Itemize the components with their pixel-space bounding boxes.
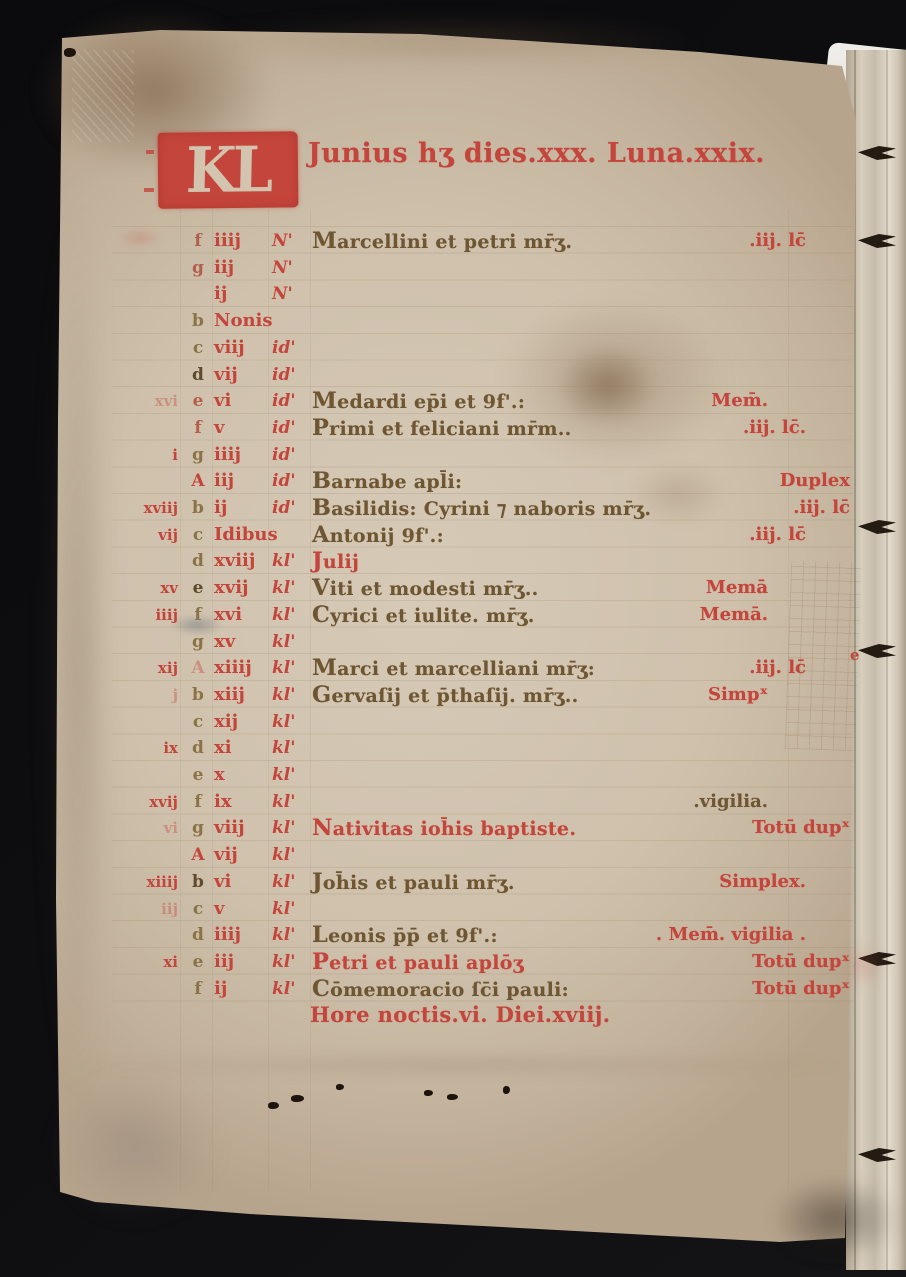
dominical-letter: c bbox=[184, 896, 212, 922]
day-numeral: xij bbox=[214, 709, 268, 735]
calendar-row: igiiijid' bbox=[0, 442, 906, 469]
day-numeral: iiij bbox=[214, 922, 268, 948]
feast-grade: Totū dupˣ bbox=[752, 949, 850, 975]
calendar-mark: kl' bbox=[272, 682, 314, 708]
calendar-mark: kl' bbox=[272, 548, 314, 574]
calendar-mark: id' bbox=[272, 335, 314, 361]
kl-monogram-letters: KL bbox=[186, 138, 271, 202]
day-numeral: x bbox=[214, 762, 268, 788]
calendar-row: jbxiijkl'Gervaſij et p̄thaſij. mr̄ʒ..Sim… bbox=[0, 682, 906, 709]
day-numeral: iiij bbox=[214, 228, 268, 254]
dominical-letter: c bbox=[184, 335, 212, 361]
golden-number: iij bbox=[96, 896, 178, 922]
calendar-row: fiiijN'Marcellini et petri mr̄ʒ..iij. lc… bbox=[0, 228, 906, 255]
calendar-row: vigviijkl'Nativitas ioh̄is baptiste.Totū… bbox=[0, 815, 906, 842]
dominical-letter: b bbox=[184, 682, 212, 708]
calendar-mark: kl' bbox=[272, 735, 314, 761]
golden-number: vi bbox=[96, 815, 178, 841]
feast-grade: Simpˣ bbox=[708, 682, 768, 708]
calendar-row: xijAxiiijkl'Marci et marcelliani mr̄ʒ:.i… bbox=[0, 655, 906, 682]
dominical-letter: b bbox=[184, 869, 212, 895]
stain bbox=[50, 1072, 220, 1222]
calendar-mark: N' bbox=[272, 281, 314, 307]
calendar-row: iiijfxvikl'Cyrici et iulite. mr̄ʒ.Memā. bbox=[0, 602, 906, 629]
feast-grade: .vigilia. bbox=[693, 789, 768, 815]
feast-entry: Nativitas ioh̄is baptiste. bbox=[312, 815, 576, 842]
calendar-row: ijN' bbox=[0, 281, 906, 308]
calendar-row: diiijkl'Leonis p̄p̄ et 9f'.:. Mem̄. vigi… bbox=[0, 922, 906, 949]
dominical-letter: g bbox=[184, 442, 212, 468]
feast-grade: .iij. lc̄. bbox=[743, 415, 806, 441]
calendar-mark: kl' bbox=[272, 762, 314, 788]
calendar-mark: N' bbox=[272, 228, 314, 254]
golden-number: xiiij bbox=[96, 869, 178, 895]
day-numeral: iij bbox=[214, 949, 268, 975]
day-numeral: ij bbox=[214, 976, 268, 1002]
feast-grade: .iij. lc̄ bbox=[793, 495, 850, 521]
dominical-letter: b bbox=[184, 495, 212, 521]
golden-number: xi bbox=[96, 949, 178, 975]
calendar-mark: kl' bbox=[272, 949, 314, 975]
calendar-row: xvieviid'Medardi ep̄i et 9f'.:Mem̄. bbox=[0, 388, 906, 415]
calendar-mark: kl' bbox=[272, 789, 314, 815]
calendar-mark: kl' bbox=[272, 896, 314, 922]
golden-number: xvij bbox=[96, 789, 178, 815]
day-numeral: iij bbox=[214, 468, 268, 494]
feast-grade: .iij. lc̄ bbox=[749, 228, 806, 254]
feast-entry: Julij bbox=[312, 548, 359, 575]
feast-entry: Barnabe apl̄i: bbox=[312, 468, 462, 495]
calendar-mark: kl' bbox=[272, 602, 314, 628]
day-numeral: xv bbox=[214, 629, 268, 655]
day-numeral: xvij bbox=[214, 575, 268, 601]
feast-grade: .iij. lc̄ bbox=[749, 655, 806, 681]
feast-entry: Gervaſij et p̄thaſij. mr̄ʒ.. bbox=[312, 682, 579, 709]
day-numeral: ij bbox=[214, 495, 268, 521]
dominical-letter: e bbox=[184, 575, 212, 601]
stain bbox=[770, 1176, 900, 1262]
day-numeral: viij bbox=[214, 815, 268, 841]
day-numeral: xiiij bbox=[214, 655, 268, 681]
day-numeral: iij bbox=[214, 255, 268, 281]
feast-grade: Duplex bbox=[780, 468, 850, 494]
dominical-letter: A bbox=[184, 842, 212, 868]
calendar-row: ixdxikl' bbox=[0, 735, 906, 762]
calendar-row: xviijbijid'Basilidis: Cyrini ⁊ naboris m… bbox=[0, 495, 906, 522]
golden-number: i bbox=[96, 442, 178, 468]
day-numeral: ij bbox=[214, 281, 268, 307]
golden-number: iiij bbox=[96, 602, 178, 628]
chalk-scribble bbox=[72, 50, 134, 142]
feast-entry: Viti et modesti mr̄ʒ.. bbox=[312, 575, 539, 602]
dominical-letter: e bbox=[184, 388, 212, 414]
dominical-letter: f bbox=[184, 415, 212, 441]
feast-grade: Memā. bbox=[700, 602, 768, 628]
dominical-letter: e bbox=[184, 949, 212, 975]
feast-entry: Medardi ep̄i et 9f'.: bbox=[312, 388, 525, 415]
calendar-row: Aiijid'Barnabe apl̄i:Duplex bbox=[0, 468, 906, 495]
dominical-letter: A bbox=[184, 468, 212, 494]
margin-note: e bbox=[850, 646, 860, 664]
day-numeral: iiij bbox=[214, 442, 268, 468]
calendar-row: xvexvijkl'Viti et modesti mr̄ʒ..Memā bbox=[0, 575, 906, 602]
day-numeral: xvi bbox=[214, 602, 268, 628]
calendar-mark: kl' bbox=[272, 655, 314, 681]
dominical-letter: g bbox=[184, 255, 212, 281]
golden-number: xvi bbox=[96, 388, 178, 414]
dominical-letter: f bbox=[184, 602, 212, 628]
calendar-row: dxviijkl'Julij bbox=[0, 548, 906, 575]
calendar-mark: id' bbox=[272, 362, 314, 388]
daylight-hours-line: Hore noctis.vi. Diei.xviij. bbox=[310, 1002, 610, 1027]
kl-monogram: KL bbox=[158, 131, 299, 208]
feast-grade: Memā bbox=[706, 575, 768, 601]
calendar-row: iijcvkl' bbox=[0, 896, 906, 923]
feast-entry: Antonij 9f'.: bbox=[312, 522, 444, 549]
golden-number: xviij bbox=[96, 495, 178, 521]
feast-grade: . Mem̄. vigilia . bbox=[656, 922, 806, 948]
dominical-letter: e bbox=[184, 762, 212, 788]
stain bbox=[190, 16, 710, 68]
day-numeral: ix bbox=[214, 789, 268, 815]
feast-entry: Primi et feliciani mr̄m.. bbox=[312, 415, 572, 442]
golden-number: ix bbox=[96, 735, 178, 761]
day-numeral: Idibus bbox=[214, 522, 268, 548]
day-numeral: xiij bbox=[214, 682, 268, 708]
day-numeral: vij bbox=[214, 842, 268, 868]
calendar-row: vijcIdibusAntonij 9f'.:.iij. lc̄ bbox=[0, 522, 906, 549]
rubric-flourish bbox=[146, 150, 154, 154]
dominical-letter: g bbox=[184, 815, 212, 841]
calendar-row: xieiijkl'Petri et pauli aplōʒTotū dupˣ bbox=[0, 949, 906, 976]
feast-entry: Cyrici et iulite. mr̄ʒ. bbox=[312, 602, 535, 629]
dominical-letter: f bbox=[184, 976, 212, 1002]
calendar-mark: id' bbox=[272, 415, 314, 441]
day-numeral: viij bbox=[214, 335, 268, 361]
golden-number: vij bbox=[96, 522, 178, 548]
dominical-letter: f bbox=[184, 789, 212, 815]
feast-entry: Marcellini et petri mr̄ʒ. bbox=[312, 228, 572, 255]
dominical-letter: A bbox=[184, 655, 212, 681]
dominical-letter: d bbox=[184, 548, 212, 574]
calendar-row: fvid'Primi et feliciani mr̄m...iij. lc̄. bbox=[0, 415, 906, 442]
feast-entry: Basilidis: Cyrini ⁊ naboris mr̄ʒ. bbox=[312, 495, 651, 522]
calendar-mark: id' bbox=[272, 495, 314, 521]
calendar-row: cxijkl' bbox=[0, 709, 906, 736]
day-numeral: xi bbox=[214, 735, 268, 761]
calendar-mark: kl' bbox=[272, 709, 314, 735]
calendar-row: bNonis bbox=[0, 308, 906, 335]
calendar-mark: id' bbox=[272, 388, 314, 414]
calendar-mark: kl' bbox=[272, 976, 314, 1002]
golden-number: xv bbox=[96, 575, 178, 601]
day-numeral: vi bbox=[214, 388, 268, 414]
feast-grade: .iij. lc̄ bbox=[749, 522, 806, 548]
calendar-mark: id' bbox=[272, 442, 314, 468]
calendar-row: xiiijbvikl'Joh̄is et pauli mr̄ʒ.Simplex. bbox=[0, 869, 906, 896]
feast-entry: Leonis p̄p̄ et 9f'.: bbox=[312, 922, 498, 949]
calendar-mark: kl' bbox=[272, 575, 314, 601]
calendar-row: dvijid' bbox=[0, 362, 906, 389]
dominical-letter: b bbox=[184, 308, 212, 334]
feast-grade: Totū dupˣ bbox=[752, 976, 850, 1002]
golden-number: j bbox=[96, 682, 178, 708]
feast-entry: Joh̄is et pauli mr̄ʒ. bbox=[312, 869, 515, 896]
manuscript-photo: KL Junius hʒ dies.xxx. Luna.xxix. fiiijN… bbox=[0, 0, 906, 1277]
calendar-row: gxvkl' bbox=[0, 629, 906, 656]
feast-grade: Mem̄. bbox=[711, 388, 768, 414]
day-numeral: xviij bbox=[214, 548, 268, 574]
feast-grade: Totū dupˣ bbox=[752, 815, 850, 841]
feast-entry: Marci et marcelliani mr̄ʒ: bbox=[312, 655, 595, 682]
calendar-mark: N' bbox=[272, 255, 314, 281]
calendar-mark: id' bbox=[272, 468, 314, 494]
calendar-mark: kl' bbox=[272, 869, 314, 895]
day-numeral: v bbox=[214, 896, 268, 922]
day-numeral: vij bbox=[214, 362, 268, 388]
golden-number: xij bbox=[96, 655, 178, 681]
rubric-flourish bbox=[144, 188, 154, 192]
dominical-letter: c bbox=[184, 522, 212, 548]
calendar-mark: kl' bbox=[272, 629, 314, 655]
calendar-mark: kl' bbox=[272, 922, 314, 948]
dominical-letter: g bbox=[184, 629, 212, 655]
calendar-row: cviijid' bbox=[0, 335, 906, 362]
calendar-row: Avijkl' bbox=[0, 842, 906, 869]
feast-entry: Petri et pauli aplōʒ bbox=[312, 949, 524, 976]
page-title: Junius hʒ dies.xxx. Luna.xxix. bbox=[308, 138, 788, 169]
feast-grade: Simplex. bbox=[719, 869, 806, 895]
calendar-mark: kl' bbox=[272, 815, 314, 841]
calendar-row: exkl' bbox=[0, 762, 906, 789]
dominical-letter: f bbox=[184, 228, 212, 254]
feast-entry: Cōmemoracio ſc̄i pauli: bbox=[312, 976, 569, 1003]
day-numeral: Nonis bbox=[214, 308, 268, 334]
dominical-letter: d bbox=[184, 735, 212, 761]
dominical-letter: c bbox=[184, 709, 212, 735]
day-numeral: vi bbox=[214, 869, 268, 895]
calendar-row: giijN' bbox=[0, 255, 906, 282]
calendar-row: xvijfixkl'.vigilia. bbox=[0, 789, 906, 816]
calendar-mark: kl' bbox=[272, 842, 314, 868]
day-numeral: v bbox=[214, 415, 268, 441]
dominical-letter: d bbox=[184, 362, 212, 388]
dominical-letter: d bbox=[184, 922, 212, 948]
calendar-row: fijkl'Cōmemoracio ſc̄i pauli:Totū dupˣ bbox=[0, 976, 906, 1003]
